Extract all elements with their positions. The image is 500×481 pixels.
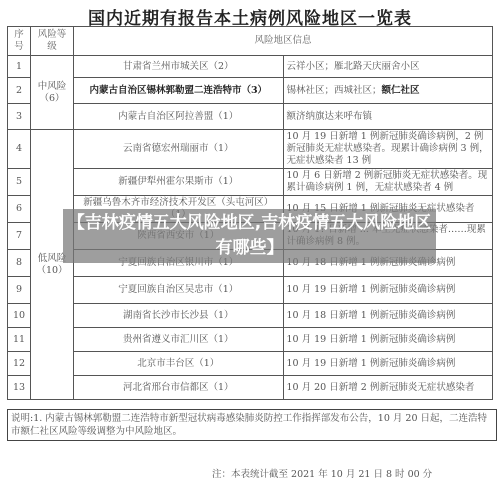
row-no: 5 <box>8 169 31 196</box>
row-region: 湖南省长沙市长沙县（1） <box>74 304 284 328</box>
row-info: 10 月 19 日新增 1 例新冠肺炎确诊病例 <box>283 352 493 376</box>
row-region: 新疆伊犁州霍尔果斯市（1） <box>74 169 284 196</box>
table-row: 2 内蒙古自治区锡林郭勒盟二连浩特市（3） 锡林社区；西城社区；额仁社区 <box>8 78 493 104</box>
row-region: 内蒙古自治区阿拉善盟（1） <box>74 104 284 130</box>
row-info: 10 月 19 日新增 1 例新冠肺炎确诊病例，2 例新冠肺炎无症状感染者。现累… <box>283 130 493 169</box>
row-no: 8 <box>8 250 31 277</box>
row-no: 11 <box>8 328 31 352</box>
row-no: 12 <box>8 352 31 376</box>
row-info: 10 月 19 日新增 1 例新冠肺炎确诊病例 <box>283 328 493 352</box>
row-no: 7 <box>8 223 31 250</box>
level-low: 低风险 （10） <box>31 130 74 400</box>
row-no: 1 <box>8 56 31 78</box>
table-row: 10 湖南省长沙市长沙县（1） 10 月 18 日新增 1 例新冠肺炎确诊病例 <box>8 304 493 328</box>
row-no: 4 <box>8 130 31 169</box>
level-medium: 中风险 （6） <box>31 56 74 130</box>
table-row: 13 河北省邢台市信都区（1） 10 月 20 日新增 2 例新冠肺炎无症状感染… <box>8 376 493 400</box>
row-region: 河北省邢台市信都区（1） <box>74 376 284 400</box>
row-no: 2 <box>8 78 31 104</box>
row-region: 云南省德宏州瑞丽市（1） <box>74 130 284 169</box>
table-row: 4 低风险 （10） 云南省德宏州瑞丽市（1） 10 月 19 日新增 1 例新… <box>8 130 493 169</box>
row-no: 13 <box>8 376 31 400</box>
note-box: 说明:1. 内蒙古锡林郭勒盟二连浩特市新型冠状病毒感染肺炎防控工作指挥部发布公告… <box>7 409 497 441</box>
header-level: 风险等级 <box>31 27 74 56</box>
row-info: 云祥小区；雁北路天庆丽舍小区 <box>283 56 493 78</box>
row-no: 6 <box>8 196 31 223</box>
table-header-row: 序号 风险等级 风险地区信息 <box>8 27 493 56</box>
table-row: 5 新疆伊犁州霍尔果斯市（1） 10 月 6 日新增 2 例新冠肺炎无症状感染者… <box>8 169 493 196</box>
row-info: 额济纳旗达来呼布镇 <box>283 104 493 130</box>
info-part: 锡林社区；西城社区； <box>287 85 382 96</box>
table-row: 12 北京市丰台区（1） 10 月 19 日新增 1 例新冠肺炎确诊病例 <box>8 352 493 376</box>
table-row: 3 内蒙古自治区阿拉善盟（1） 额济纳旗达来呼布镇 <box>8 104 493 130</box>
row-info: 锡林社区；西城社区；额仁社区 <box>283 78 493 104</box>
table-row: 11 贵州省遵义市汇川区（1） 10 月 19 日新增 1 例新冠肺炎确诊病例 <box>8 328 493 352</box>
header-no: 序号 <box>8 27 31 56</box>
caption-text: 【吉林疫情五大风险地区,吉林疫情五大风险地区有哪些】 <box>63 211 436 261</box>
row-region: 宁夏回族自治区吴忠市（1） <box>74 277 284 304</box>
row-region: 内蒙古自治区锡林郭勒盟二连浩特市（3） <box>74 78 284 104</box>
row-info: 10 月 20 日新增 2 例新冠肺炎无症状感染者 <box>283 376 493 400</box>
row-info: 10 月 19 日新增 1 例新冠肺炎确诊病例 <box>283 277 493 304</box>
row-region: 北京市丰台区（1） <box>74 352 284 376</box>
info-part-bold: 额仁社区 <box>382 85 420 96</box>
header-info: 风险地区信息 <box>74 27 493 56</box>
footer-note: 注：本表统计截至 2021 年 10 月 21 日 8 时 00 分 <box>212 466 432 480</box>
row-region: 贵州省遵义市汇川区（1） <box>74 328 284 352</box>
row-no: 3 <box>8 104 31 130</box>
table-row: 9 宁夏回族自治区吴忠市（1） 10 月 19 日新增 1 例新冠肺炎确诊病例 <box>8 277 493 304</box>
row-info: 10 月 18 日新增 1 例新冠肺炎确诊病例 <box>283 304 493 328</box>
table-row: 1 中风险 （6） 甘肃省兰州市城关区（2） 云祥小区；雁北路天庆丽舍小区 <box>8 56 493 78</box>
row-no: 10 <box>8 304 31 328</box>
row-region: 甘肃省兰州市城关区（2） <box>74 56 284 78</box>
row-info: 10 月 6 日新增 2 例新冠肺炎无症状感染者。现累计确诊病例 1 例，无症状… <box>283 169 493 196</box>
row-no: 9 <box>8 277 31 304</box>
